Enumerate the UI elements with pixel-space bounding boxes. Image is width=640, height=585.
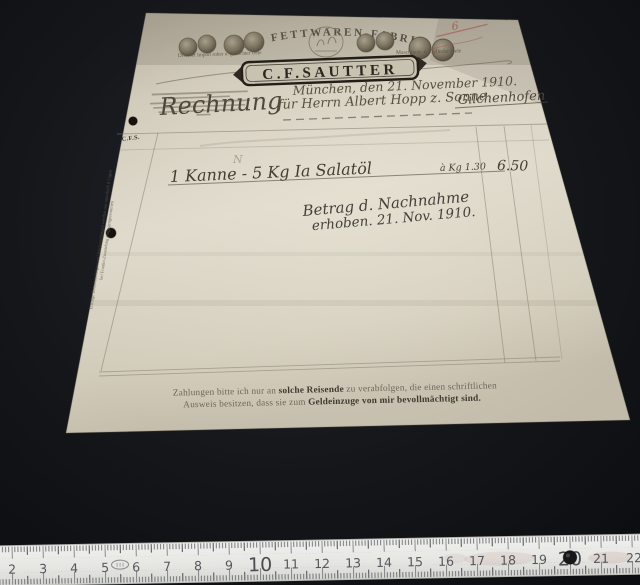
medal-icon (357, 34, 375, 52)
ruler-number: 4 (70, 560, 78, 575)
footer-seg-bold: solche Reisende (279, 385, 344, 396)
ruler-number: 5 (101, 560, 109, 575)
medal-icon (244, 32, 264, 52)
ruler-number: 10 (248, 554, 273, 576)
ruler-number: 9 (225, 558, 233, 573)
ruler-number: 22 (626, 550, 640, 565)
ruler-number: 12 (314, 556, 330, 571)
ruler-number: 15 (407, 554, 423, 569)
ruler-number: 21 (593, 551, 609, 566)
item-amount: 6.50 (497, 158, 529, 175)
ruler-number: 18 (500, 552, 516, 567)
ruler-number: 2 (8, 562, 16, 577)
ruler-number: 19 (531, 552, 547, 567)
photo-stage: OEL- FETTWAREN-FABRIK (0, 0, 640, 585)
medal-icon (376, 32, 394, 50)
ruler-number: 17 (469, 553, 485, 568)
ruler-number: 7 (163, 559, 171, 574)
ruler-number: 13 (345, 555, 361, 570)
ruler-rivet (563, 550, 577, 564)
ruler-number: 14 (376, 555, 392, 570)
ruler-number: 16 (438, 554, 454, 569)
ruler-number: 11 (283, 556, 299, 571)
medal-icon (198, 35, 216, 53)
ruler-number: 3 (39, 561, 47, 576)
ruler-number: 6 (132, 559, 140, 574)
photo-scene: OEL- FETTWAREN-FABRIK (0, 0, 640, 585)
punch-hole (129, 117, 138, 126)
ruler-number: 8 (194, 558, 202, 573)
